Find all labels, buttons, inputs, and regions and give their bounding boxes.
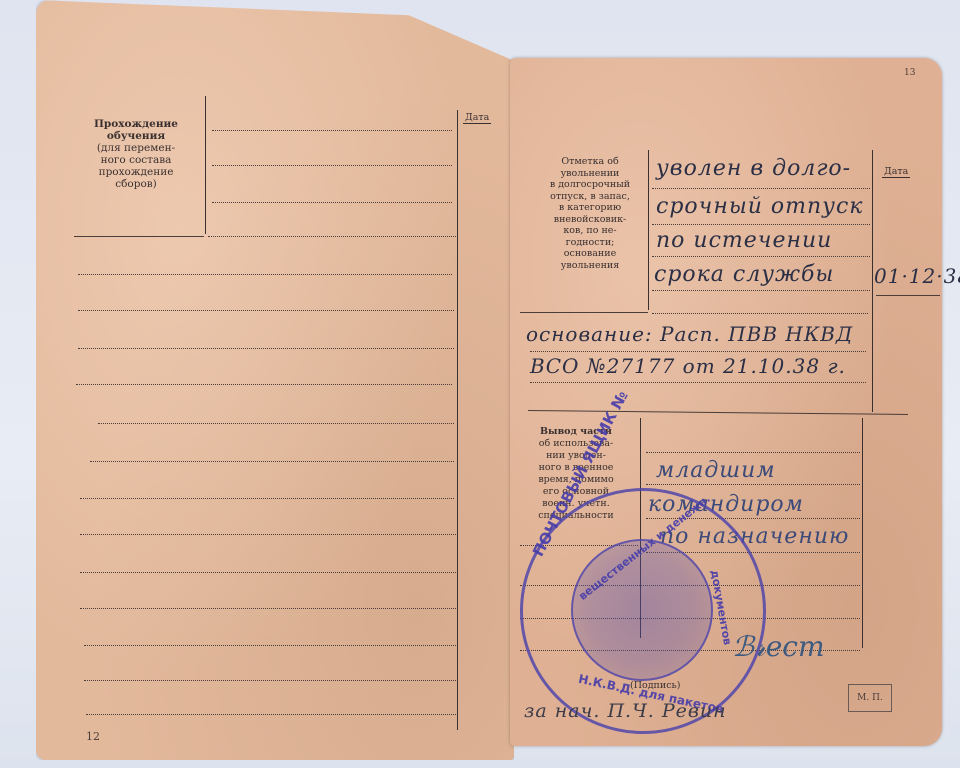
discharge-section-label: Отметка об увольнении в долгосрочный отп… — [534, 156, 646, 271]
label-line: Прохождение — [74, 118, 198, 130]
label-line: основание — [534, 248, 646, 260]
label-line: Отметка об — [534, 156, 646, 168]
discharge-note-line-1: уволен в долго- — [656, 156, 851, 181]
signature-line: за нач. П.Ч. Ревин — [524, 700, 727, 722]
discharge-basis-line-2: ВСО №27177 от 21.10.38 г. — [530, 354, 846, 378]
discharge-basis-line-1: основание: Расп. ПВВ НКВД — [526, 322, 853, 346]
label-line: ного состава — [74, 154, 198, 166]
label-line: увольнения — [534, 260, 646, 272]
seal-place-box: М. П. — [848, 684, 892, 712]
usage-note-line-1: младшим — [656, 458, 776, 483]
label-line: сборов) — [74, 178, 198, 190]
label-line: Вывод части — [516, 426, 636, 438]
usage-date-divider — [862, 418, 863, 648]
label-line: ков, по не- — [534, 225, 646, 237]
training-section-label: Прохождение обучения (для перемен- ного … — [74, 118, 198, 190]
signature-caption: (Подпись) — [630, 680, 680, 692]
discharge-date-header: Дата — [882, 166, 910, 178]
label-line: в долгосрочный — [534, 179, 646, 191]
official-stamp: ПОЧТОВЫЙ ЯЩИК № вещественных и денежн. д… — [520, 488, 766, 734]
label-line: увольнении — [534, 168, 646, 180]
label-line: прохождение — [74, 166, 198, 178]
right-page-number: 13 — [904, 68, 915, 78]
label-line: в категорию — [534, 202, 646, 214]
discharge-note-line-3: по истечении — [656, 228, 832, 253]
label-line: вневойсковик- — [534, 214, 646, 226]
label-line: об использова- — [516, 438, 636, 450]
left-divider — [205, 96, 206, 234]
left-page-number: 12 — [86, 730, 100, 743]
label-line: (для перемен- — [74, 142, 198, 154]
left-date-divider — [457, 110, 458, 730]
discharge-note-line-2: срочный отпуск — [656, 194, 863, 219]
discharge-date-value: 01·12·38 — [874, 264, 960, 288]
label-line: обучения — [74, 130, 198, 142]
stamp-emblem — [571, 539, 713, 681]
discharge-note-line-4: срока службы — [654, 262, 834, 287]
left-date-header: Дата — [463, 112, 491, 124]
label-line: отпуск, в запас, — [534, 191, 646, 203]
discharge-divider — [648, 150, 649, 310]
discharge-date-divider — [872, 150, 873, 412]
signature-commander: ℬ𝓇ест — [732, 630, 825, 664]
label-line: годности; — [534, 237, 646, 249]
left-page — [36, 0, 514, 760]
